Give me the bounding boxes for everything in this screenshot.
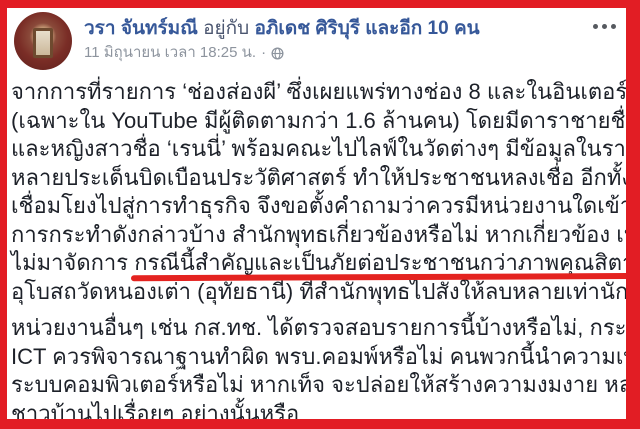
tagged-person-link[interactable]: อภิเดช ศิริบุรี	[255, 18, 360, 39]
post-line: และหญิงสาวชื่อ ‘เรนนี่’ พร้อมคณะไปไลฟ์ใน…	[11, 135, 624, 164]
post-line: หน่วยงานอื่นๆ เช่น กส.ทช. ได้ตรวจสอบรายก…	[11, 314, 624, 343]
post-text-segment: จากการที่รายการ ‘ช่องส่องผี’ ซึ่งเผยแพร่…	[11, 79, 640, 104]
post-text-segment: ระบบคอมพิวเตอร์หรือไม่ หากเท็จ จะปล่อยให…	[11, 372, 640, 397]
post-options-icon[interactable]	[589, 20, 620, 33]
header-text: วรา จันทร์มณี อยู่กับ อภิเดช ศิริบุรี แล…	[84, 12, 480, 63]
with-connector: อยู่กับ	[203, 18, 249, 39]
post-header: วรา จันทร์มณี อยู่กับ อภิเดช ศิริบุรี แล…	[7, 8, 626, 70]
post-text-segment: ICT ควรพิจารณาฐานทำผิด พรบ.คอมพ์หรือไม่ …	[11, 344, 640, 369]
and-more-link[interactable]: และอีก 10 คน	[365, 18, 479, 39]
post-text-segment: หน่วยงานอื่นๆ เช่น กส.ทช. ได้ตรวจสอบรายก…	[11, 315, 640, 340]
meta-separator: ·	[261, 43, 266, 63]
post-meta: 11 มิถุนายน เวลา 18:25 น. ·	[84, 43, 480, 63]
post-text: จากการที่รายการ ‘ช่องส่องผี’ ซึ่งเผยแพร่…	[7, 70, 626, 428]
post-text-segment: ชาวบ้านไปเรื่อยๆ อย่างนั้นหรือ	[11, 401, 299, 426]
globe-icon	[271, 47, 284, 60]
post-line: ICT ควรพิจารณาฐานทำผิด พรบ.คอมพ์หรือไม่ …	[11, 343, 624, 372]
post-line: เชื่อมโยงไปสู่การทำธุรกิจ จึงขอตั้งคำถาม…	[11, 192, 624, 221]
post-line: จากการที่รายการ ‘ช่องส่องผี’ ซึ่งเผยแพร่…	[11, 78, 624, 107]
post-text-segment: (เฉพาะใน YouTube มีผู้ติดตามกว่า 1.6 ล้า…	[11, 108, 640, 133]
post-line: อุโบสถวัดหนองเต่า (อุทัยธานี) ที่สำนักพุ…	[11, 278, 624, 307]
timestamp-link[interactable]: 11 มิถุนายน เวลา 18:25 น.	[84, 43, 256, 63]
post-line: ไม่มาจัดการ กรณีนี้สำคัญและเป็นภัยต่อประ…	[11, 249, 624, 278]
avatar[interactable]	[14, 12, 72, 70]
post-text-segment: ไม่มาจัดการ	[11, 250, 134, 275]
post-line: การกระทำดังกล่าวบ้าง สำนักพุทธเกี่ยวข้อง…	[11, 221, 624, 250]
post-byline: วรา จันทร์มณี อยู่กับ อภิเดช ศิริบุรี แล…	[84, 16, 480, 41]
post-line: (เฉพาะใน YouTube มีผู้ติดตามกว่า 1.6 ล้า…	[11, 107, 624, 136]
post-line: ระบบคอมพิวเตอร์หรือไม่ หากเท็จ จะปล่อยให…	[11, 371, 624, 400]
post-text-segment: การกระทำดังกล่าวบ้าง สำนักพุทธเกี่ยวข้อง…	[11, 222, 640, 247]
author-name-link[interactable]: วรา จันทร์มณี	[84, 18, 198, 39]
post-text-segment: อุโบสถวัดหนองเต่า (อุทัยธานี) ที่สำนักพุ…	[11, 279, 628, 304]
post-text-segment: หลายประเด็นบิดเบือนประวัติศาสตร์ ทำให้ปร…	[11, 165, 640, 190]
facebook-post-card: วรา จันทร์มณี อยู่กับ อภิเดช ศิริบุรี แล…	[0, 0, 640, 429]
post-text-segment: เชื่อมโยงไปสู่การทำธุรกิจ จึงขอตั้งคำถาม…	[11, 193, 640, 218]
post-line: หลายประเด็นบิดเบือนประวัติศาสตร์ ทำให้ปร…	[11, 164, 624, 193]
post-line: ชาวบ้านไปเรื่อยๆ อย่างนั้นหรือ	[11, 400, 624, 429]
avatar-photo-detail	[33, 28, 53, 58]
post-text-segment: และหญิงสาวชื่อ ‘เรนนี่’ พร้อมคณะไปไลฟ์ใน…	[11, 136, 640, 161]
red-underlined-text: กรณีนี้สำคัญและเป็นภัยต่อประชาชนกว่าภาพค…	[134, 249, 640, 278]
